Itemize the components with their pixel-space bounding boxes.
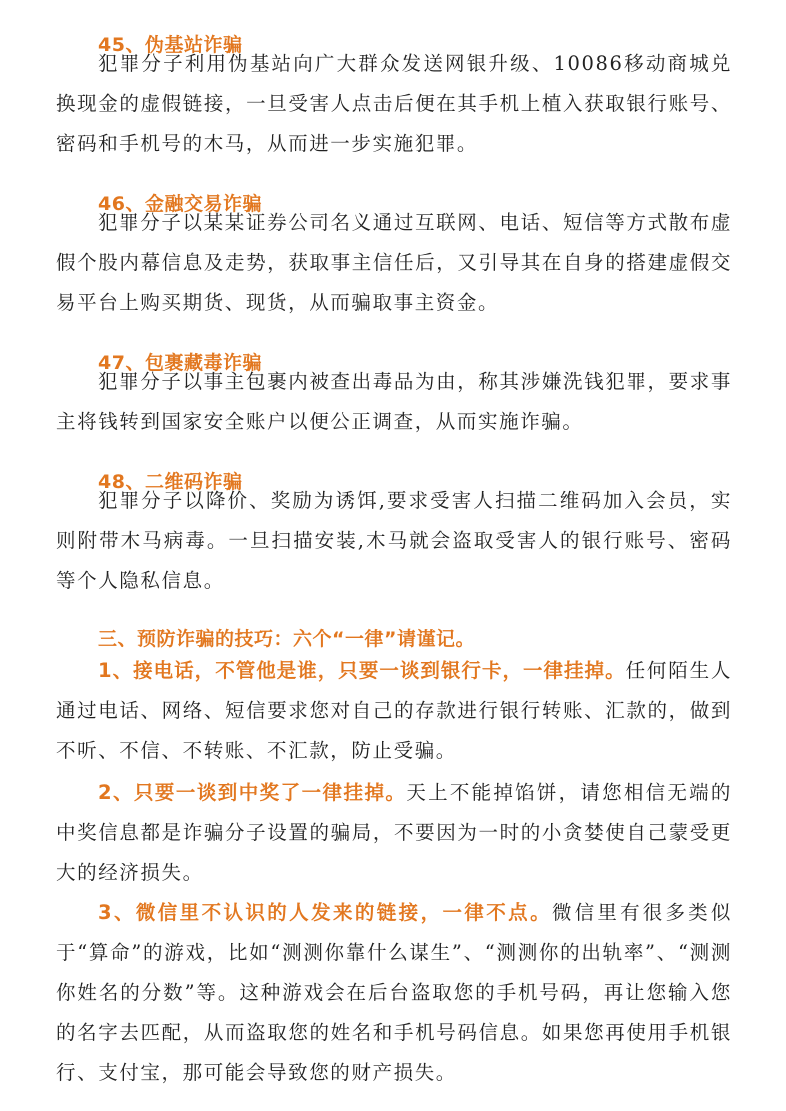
tips-heading: 三、预防诈骗的技巧：六个“一律”请谨记。 [98, 624, 475, 651]
tip-1-highlight: 1、接电话，不管他是谁，只要一谈到银行卡，一律挂掉。 [98, 659, 626, 682]
section-body-47: 犯罪分子以事主包裹内被查出毒品为由，称其涉嫌洗钱犯罪，要求事主将钱转到国家安全账… [56, 362, 732, 442]
tip-3-highlight: 3、微信里不认识的人发来的链接，一律不点。 [98, 901, 552, 924]
tip-item-3: 3、微信里不认识的人发来的链接，一律不点。微信里有很多类似于“算命”的游戏，比如… [56, 893, 732, 1093]
tip-item-2: 2、只要一谈到中奖了一律挂掉。天上不能掉馅饼，请您相信无端的中奖信息都是诈骗分子… [56, 773, 732, 893]
section-body-46: 犯罪分子以某某证券公司名义通过互联网、电话、短信等方式散布虚假个股内幕信息及走势… [56, 203, 732, 323]
tip-item-1: 1、接电话，不管他是谁，只要一谈到银行卡，一律挂掉。任何陌生人通过电话、网络、短… [56, 651, 732, 771]
section-body-45: 犯罪分子利用伪基站向广大群众发送网银升级、10086移动商城兑换现金的虚假链接，… [56, 44, 732, 164]
section-body-48: 犯罪分子以降价、奖励为诱饵,要求受害人扫描二维码加入会员，实则附带木马病毒。一旦… [56, 481, 732, 601]
tip-3-body: 微信里有很多类似于“算命”的游戏，比如“测测你靠什么谋生”、“测测你的出轨率”、… [56, 901, 732, 1084]
tip-2-highlight: 2、只要一谈到中奖了一律挂掉。 [98, 781, 406, 804]
